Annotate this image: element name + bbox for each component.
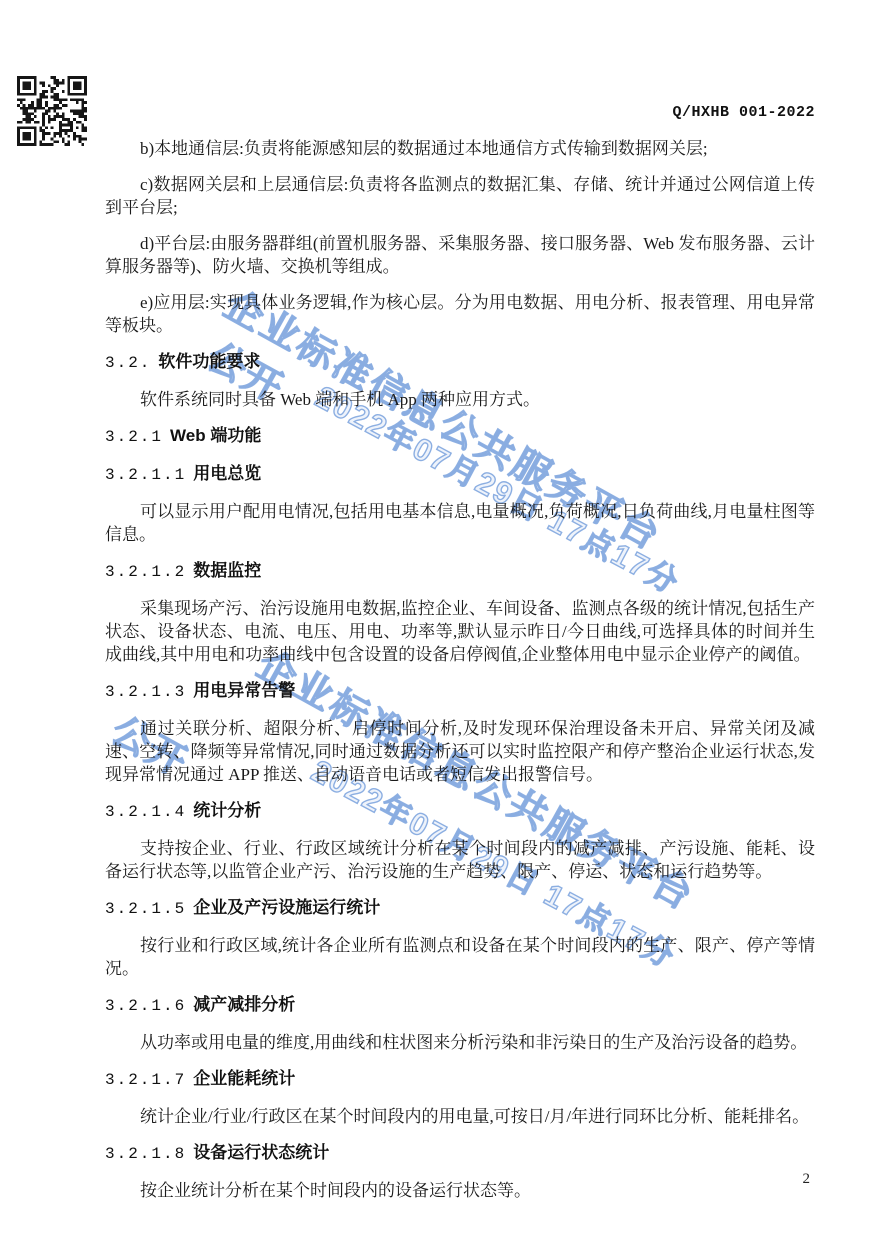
- section-number: 3.2.1.2: [105, 563, 186, 581]
- section-heading-3-2: 3.2.软件功能要求: [105, 350, 815, 375]
- section-heading-3-2-1-3: 3.2.1.3用电异常告警: [105, 679, 815, 704]
- section-heading-3-2-1-1: 3.2.1.1用电总览: [105, 462, 815, 487]
- section-title: 减产减排分析: [193, 995, 295, 1014]
- paragraph: 从功率或用电量的维度,用曲线和柱状图来分析污染和非污染日的生产及治污设备的趋势。: [105, 1031, 815, 1054]
- section-number: 3.2.1.8: [105, 1145, 186, 1163]
- paragraph: 按行业和行政区域,统计各企业所有监测点和设备在某个时间段内的生产、限产、停产等情…: [105, 934, 815, 980]
- paragraph-list-item-d: d)平台层:由服务器群组(前置机服务器、采集服务器、接口服务器、Web 发布服务…: [105, 232, 815, 278]
- document-page: 企业标准信息公共服务平台 公开 2022年07月29日 17点17分 企业标准信…: [0, 0, 890, 1258]
- paragraph-list-item-c: c)数据网关层和上层通信层:负责将各监测点的数据汇集、存储、统计并通过公网信道上…: [105, 173, 815, 219]
- paragraph: 可以显示用户配用电情况,包括用电基本信息,电量概况,负荷概况,日负荷曲线,月电量…: [105, 500, 815, 546]
- document-number: Q/HXHB 001-2022: [672, 104, 815, 121]
- section-title: Web 端功能: [170, 426, 261, 445]
- paragraph: 按企业统计分析在某个时间段内的设备运行状态等。: [105, 1179, 815, 1202]
- section-heading-3-2-1-5: 3.2.1.5企业及产污设施运行统计: [105, 896, 815, 921]
- section-title: 用电异常告警: [193, 681, 295, 700]
- section-number: 3.2.1: [105, 428, 163, 446]
- section-title: 用电总览: [193, 464, 261, 483]
- paragraph: 采集现场产污、治污设施用电数据,监控企业、车间设备、监测点各级的统计情况,包括生…: [105, 597, 815, 666]
- section-number: 3.2.1.5: [105, 900, 186, 918]
- paragraph: 支持按企业、行业、行政区域统计分析在某个时间段内的减产减排、产污设施、能耗、设备…: [105, 837, 815, 883]
- section-title: 软件功能要求: [158, 352, 260, 371]
- section-heading-3-2-1-4: 3.2.1.4统计分析: [105, 799, 815, 824]
- paragraph: 统计企业/行业/行政区在某个时间段内的用电量,可按日/月/年进行同环比分析、能耗…: [105, 1105, 815, 1128]
- section-heading-3-2-1-7: 3.2.1.7企业能耗统计: [105, 1067, 815, 1092]
- document-content: b)本地通信层:负责将能源感知层的数据通过本地通信方式传输到数据网关层; c)数…: [105, 137, 815, 1215]
- section-heading-3-2-1-6: 3.2.1.6减产减排分析: [105, 993, 815, 1018]
- section-title: 企业能耗统计: [193, 1069, 295, 1088]
- section-number: 3.2.1.1: [105, 466, 186, 484]
- paragraph-list-item-e: e)应用层:实现具体业务逻辑,作为核心层。分为用电数据、用电分析、报表管理、用电…: [105, 291, 815, 337]
- paragraph-list-item-b: b)本地通信层:负责将能源感知层的数据通过本地通信方式传输到数据网关层;: [105, 137, 815, 160]
- section-number: 3.2.1.7: [105, 1071, 186, 1089]
- section-heading-3-2-1-8: 3.2.1.8设备运行状态统计: [105, 1141, 815, 1166]
- paragraph: 通过关联分析、超限分析、启停时间分析,及时发现环保治理设备未开启、异常关闭及减速…: [105, 717, 815, 786]
- paragraph: 软件系统同时具备 Web 端和手机 App 两种应用方式。: [105, 388, 815, 411]
- section-title: 数据监控: [193, 561, 261, 580]
- qr-code: [17, 75, 87, 147]
- section-heading-3-2-1-2: 3.2.1.2数据监控: [105, 559, 815, 584]
- section-number: 3.2.: [105, 354, 151, 372]
- section-number: 3.2.1.4: [105, 803, 186, 821]
- section-heading-3-2-1: 3.2.1Web 端功能: [105, 424, 815, 449]
- section-number: 3.2.1.3: [105, 683, 186, 701]
- page-number: 2: [803, 1171, 811, 1188]
- section-title: 设备运行状态统计: [193, 1143, 329, 1162]
- section-title: 统计分析: [193, 801, 261, 820]
- section-title: 企业及产污设施运行统计: [193, 898, 380, 917]
- section-number: 3.2.1.6: [105, 997, 186, 1015]
